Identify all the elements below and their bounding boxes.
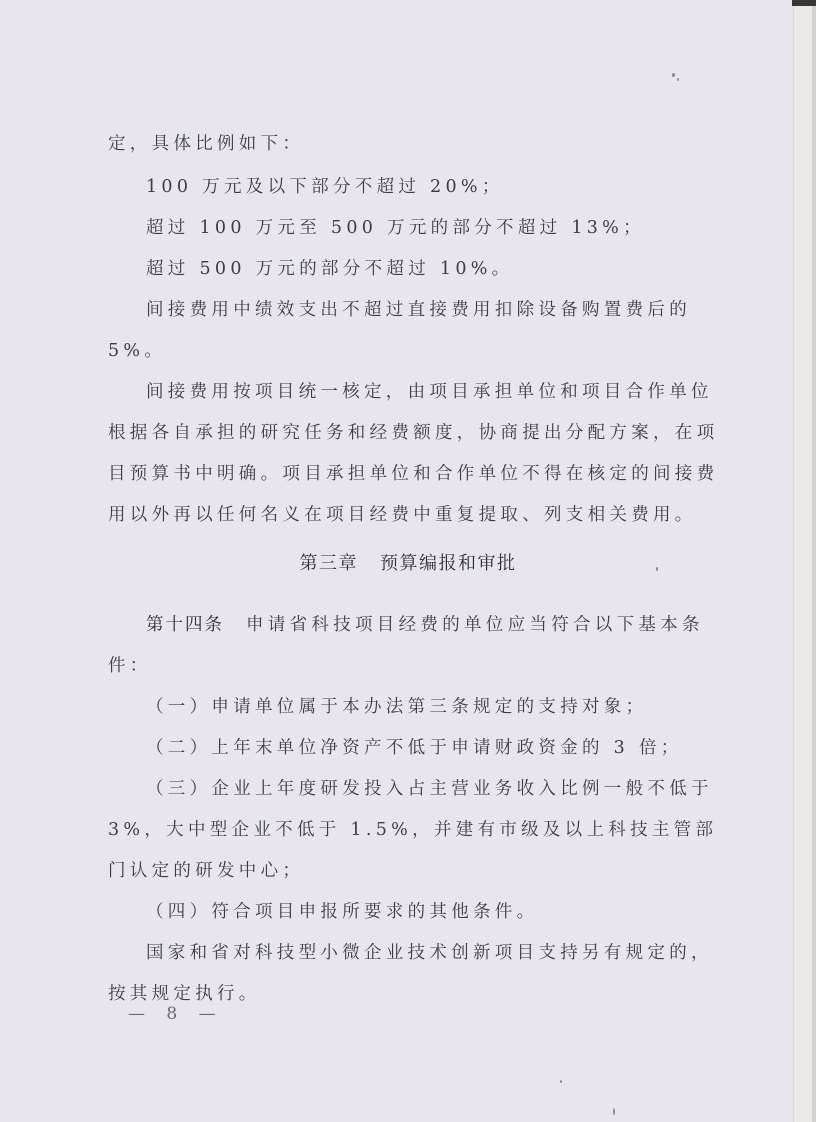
scan-speck — [613, 1108, 615, 1115]
paragraph-line: 3%，大中型企业不低于 1.5%，并建有市级及以上科技主管部 — [108, 818, 717, 842]
paragraph-line: 件： — [108, 654, 152, 678]
scan-speck — [672, 73, 675, 77]
scanner-shadow — [792, 0, 816, 6]
condition-item-1: （一）申请单位属于本办法第三条规定的支持对象； — [146, 695, 647, 719]
scan-speck — [656, 567, 658, 571]
chapter-number: 第三章 — [300, 553, 359, 574]
condition-item-4: （四）符合项目申报所要求的其他条件。 — [146, 900, 538, 924]
paragraph-line: 间接费用中绩效支出不超过直接费用扣除设备购置费后的 — [146, 298, 691, 322]
paragraph-line: 门认定的研发中心； — [108, 859, 304, 883]
paragraph-line: 间接费用按项目统一核定，由项目承担单位和项目合作单位 — [146, 380, 713, 404]
chapter-title: 预算编报和审批 — [380, 553, 517, 574]
paragraph-line: 5%。 — [108, 339, 166, 363]
scan-speck — [560, 1080, 562, 1083]
article-label: 第十四条 — [146, 615, 224, 635]
paragraph-line: 目预算书中明确。项目承担单位和合作单位不得在核定的间接费 — [108, 462, 718, 486]
article-line: 第十四条申请省科技项目经费的单位应当符合以下基本条 — [146, 613, 704, 637]
ratio-item-1: 100 万元及以下部分不超过 20%； — [146, 175, 504, 199]
paragraph-line: 用以外再以任何名义在项目经费中重复提取、列支相关费用。 — [108, 503, 697, 527]
condition-item-2: （二）上年末单位净资产不低于申请财政资金的 3 倍； — [146, 736, 683, 760]
ratio-item-3: 超过 500 万元的部分不超过 10%。 — [146, 257, 514, 281]
scan-speck — [677, 78, 679, 81]
chapter-heading: 第三章预算编报和审批 — [0, 552, 816, 576]
paragraph-line: 根据各自承担的研究任务和经费额度，协商提出分配方案，在项 — [108, 421, 718, 445]
page-edge-line — [812, 0, 816, 1122]
condition-item-3: （三）企业上年度研发投入占主营业务收入比例一般不低于 — [146, 777, 713, 801]
page-number: — 8 — — [128, 1003, 224, 1025]
document-page: 定，具体比例如下： 100 万元及以下部分不超过 20%； 超过 100 万元至… — [0, 0, 806, 1122]
paragraph-line: 定，具体比例如下： — [108, 132, 304, 156]
article-text: 申请省科技项目经费的单位应当符合以下基本条 — [246, 615, 704, 635]
ratio-item-2: 超过 100 万元至 500 万元的部分不超过 13%； — [146, 216, 645, 240]
paragraph-line: 国家和省对科技型小微企业技术创新项目支持另有规定的， — [146, 941, 713, 965]
